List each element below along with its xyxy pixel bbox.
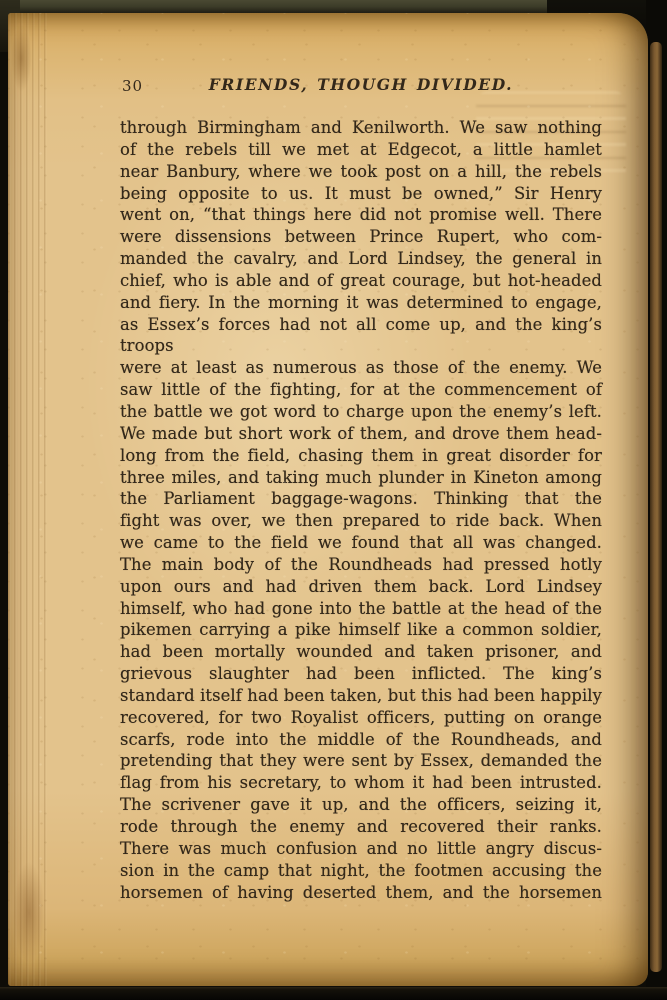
book-cover-bottom-edge bbox=[0, 987, 667, 1000]
text-line: There was much confusion and no little a… bbox=[120, 838, 602, 860]
text-line: through Birmingham and Kenilworth. We sa… bbox=[120, 117, 602, 139]
text-line: and fiery. In the morning it was determi… bbox=[120, 292, 602, 314]
text-line: saw little of the fighting, for at the c… bbox=[120, 379, 602, 401]
book-page: 30 FRIENDS, THOUGH DIVIDED. through Birm… bbox=[8, 13, 648, 986]
text-line: fight was over, we then prepared to ride… bbox=[120, 510, 602, 532]
text-line: we came to the field we found that all w… bbox=[120, 532, 602, 554]
text-line: long from the field, chasing them in gre… bbox=[120, 445, 602, 467]
text-line: three miles, and taking much plunder in … bbox=[120, 467, 602, 489]
text-line: standard itself had been taken, but this… bbox=[120, 685, 602, 707]
text-line: recovered, for two Royalist officers, pu… bbox=[120, 707, 602, 729]
text-line: being opposite to us. It must be owned,”… bbox=[120, 183, 602, 205]
underlying-pages-edge bbox=[650, 42, 662, 972]
text-line: horsemen of having deserted them, and th… bbox=[120, 882, 602, 904]
text-line: were at least as numerous as those of th… bbox=[120, 357, 602, 379]
text-line: the battle we got word to charge upon th… bbox=[120, 401, 602, 423]
text-line: himself, who had gone into the battle at… bbox=[120, 598, 602, 620]
text-line: as Essex’s forces had not all come up, a… bbox=[120, 314, 602, 358]
text-line: chief, who is able and of great courage,… bbox=[120, 270, 602, 292]
page-header: 30 FRIENDS, THOUGH DIVIDED. bbox=[120, 75, 602, 99]
text-line: manded the cavalry, and Lord Lindsey, th… bbox=[120, 248, 602, 270]
running-title: FRIENDS, THOUGH DIVIDED. bbox=[120, 75, 602, 94]
text-line: scarfs, rode into the middle of the Roun… bbox=[120, 729, 602, 751]
text-line: of the rebels till we met at Edgecot, a … bbox=[120, 139, 602, 161]
text-line: upon ours and had driven them back. Lord… bbox=[120, 576, 602, 598]
text-line: We made but short work of them, and drov… bbox=[120, 423, 602, 445]
page-text: through Birmingham and Kenilworth. We sa… bbox=[120, 117, 602, 903]
text-line: sion in the camp that night, the footmen… bbox=[120, 860, 602, 882]
text-line: had been mortally wounded and taken pris… bbox=[120, 641, 602, 663]
text-line: The main body of the Roundheads had pres… bbox=[120, 554, 602, 576]
text-line: the Parliament baggage-wagons. Thinking … bbox=[120, 488, 602, 510]
text-line: were dissensions between Prince Rupert, … bbox=[120, 226, 602, 248]
text-line: pretending that they were sent by Essex,… bbox=[120, 750, 602, 772]
text-line: flag from his secretary, to whom it had … bbox=[120, 772, 602, 794]
text-line: pikemen carrying a pike himself like a c… bbox=[120, 619, 602, 641]
text-line: near Banbury, where we took post on a hi… bbox=[120, 161, 602, 183]
text-line: rode through the enemy and recovered the… bbox=[120, 816, 602, 838]
text-line: went on, “that things here did not promi… bbox=[120, 204, 602, 226]
text-line: The scrivener gave it up, and the office… bbox=[120, 794, 602, 816]
book-photo: 30 FRIENDS, THOUGH DIVIDED. through Birm… bbox=[0, 0, 667, 1000]
text-line: grievous slaughter had been inflicted. T… bbox=[120, 663, 602, 685]
